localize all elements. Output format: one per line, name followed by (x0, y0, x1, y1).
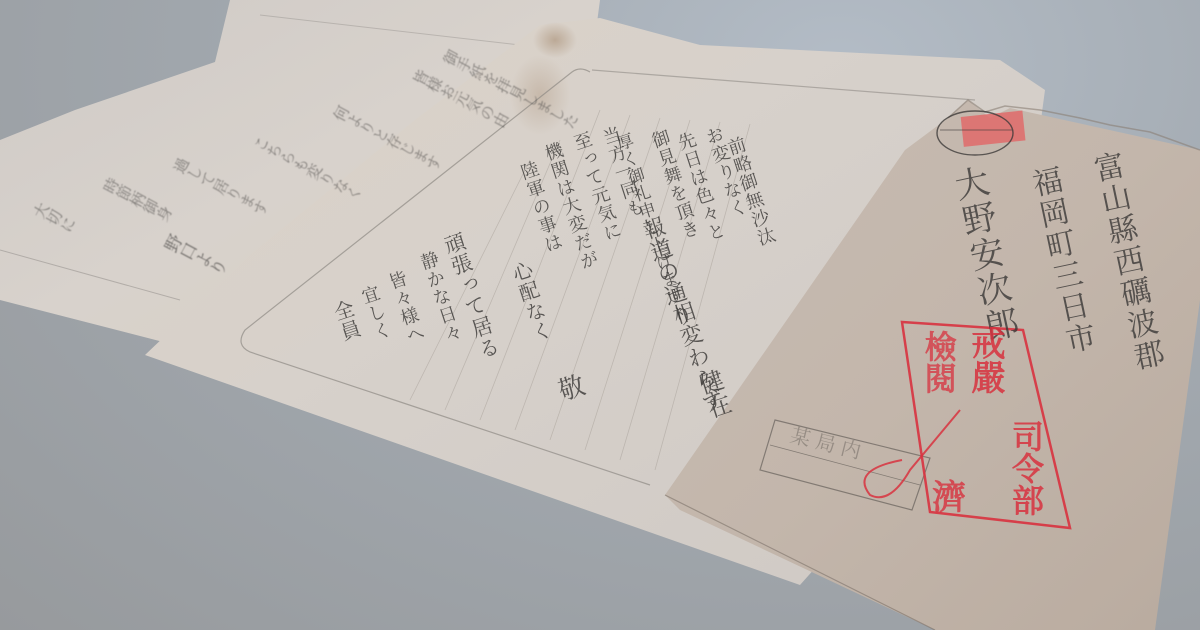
photo-scene: 御手紙を拝見しました 皆様お元気の由 何よりと存じます こちらも変りなく 過して… (0, 0, 1200, 630)
stamp-text-martial-law: 戒嚴 (968, 326, 1002, 394)
stamp-text-completed: 濟 (932, 470, 966, 519)
stamp-text-censored: 檢閱 (916, 330, 961, 394)
stamp-text-command: 司令部 (1010, 420, 1042, 516)
censorship-stamp: 戒嚴 司令部 檢閱 濟 (0, 0, 1200, 630)
